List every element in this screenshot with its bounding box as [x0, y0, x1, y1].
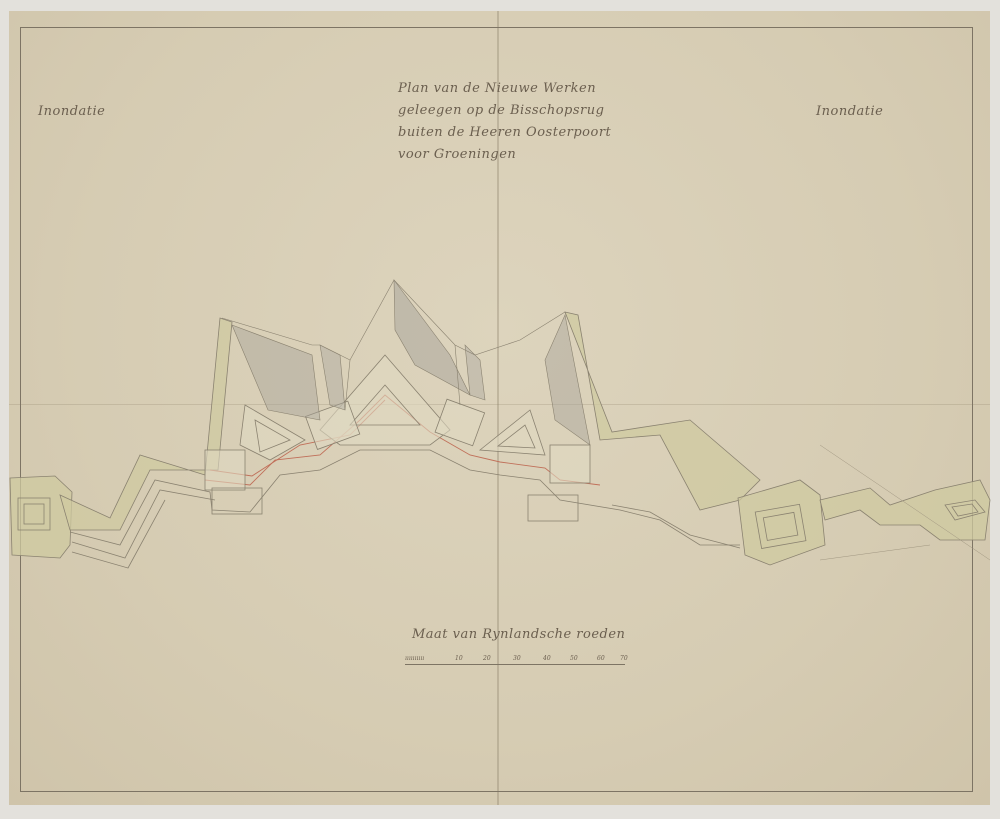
- scale-tick: 70: [620, 655, 628, 662]
- right-block: [550, 445, 590, 483]
- glacis-small-left: [320, 345, 345, 410]
- scale-bar: ıııııııııı 10 20 30 40 50 60 70: [405, 655, 625, 669]
- glacis-right: [545, 315, 590, 445]
- left-redoubt: [10, 476, 72, 558]
- right-curtain: [820, 480, 990, 540]
- scale-tick: 30: [513, 655, 521, 662]
- fortification-plan: [0, 0, 1000, 819]
- scale-title: Maat van Rynlandsche roeden: [412, 627, 625, 642]
- scale-tick: 20: [483, 655, 491, 662]
- right-redoubt: [738, 480, 825, 565]
- scale-tick: 60: [597, 655, 605, 662]
- glacis-center: [394, 280, 470, 395]
- scale-bar-line: [405, 664, 625, 665]
- right-bastion-flank: [565, 312, 760, 510]
- scale-tick: 50: [570, 655, 578, 662]
- left-block: [205, 450, 245, 490]
- right-lower-block: [528, 495, 578, 521]
- scale-subdivision: ıııııııııı: [405, 655, 424, 662]
- scale-tick: 40: [543, 655, 551, 662]
- scale-tick: 10: [455, 655, 463, 662]
